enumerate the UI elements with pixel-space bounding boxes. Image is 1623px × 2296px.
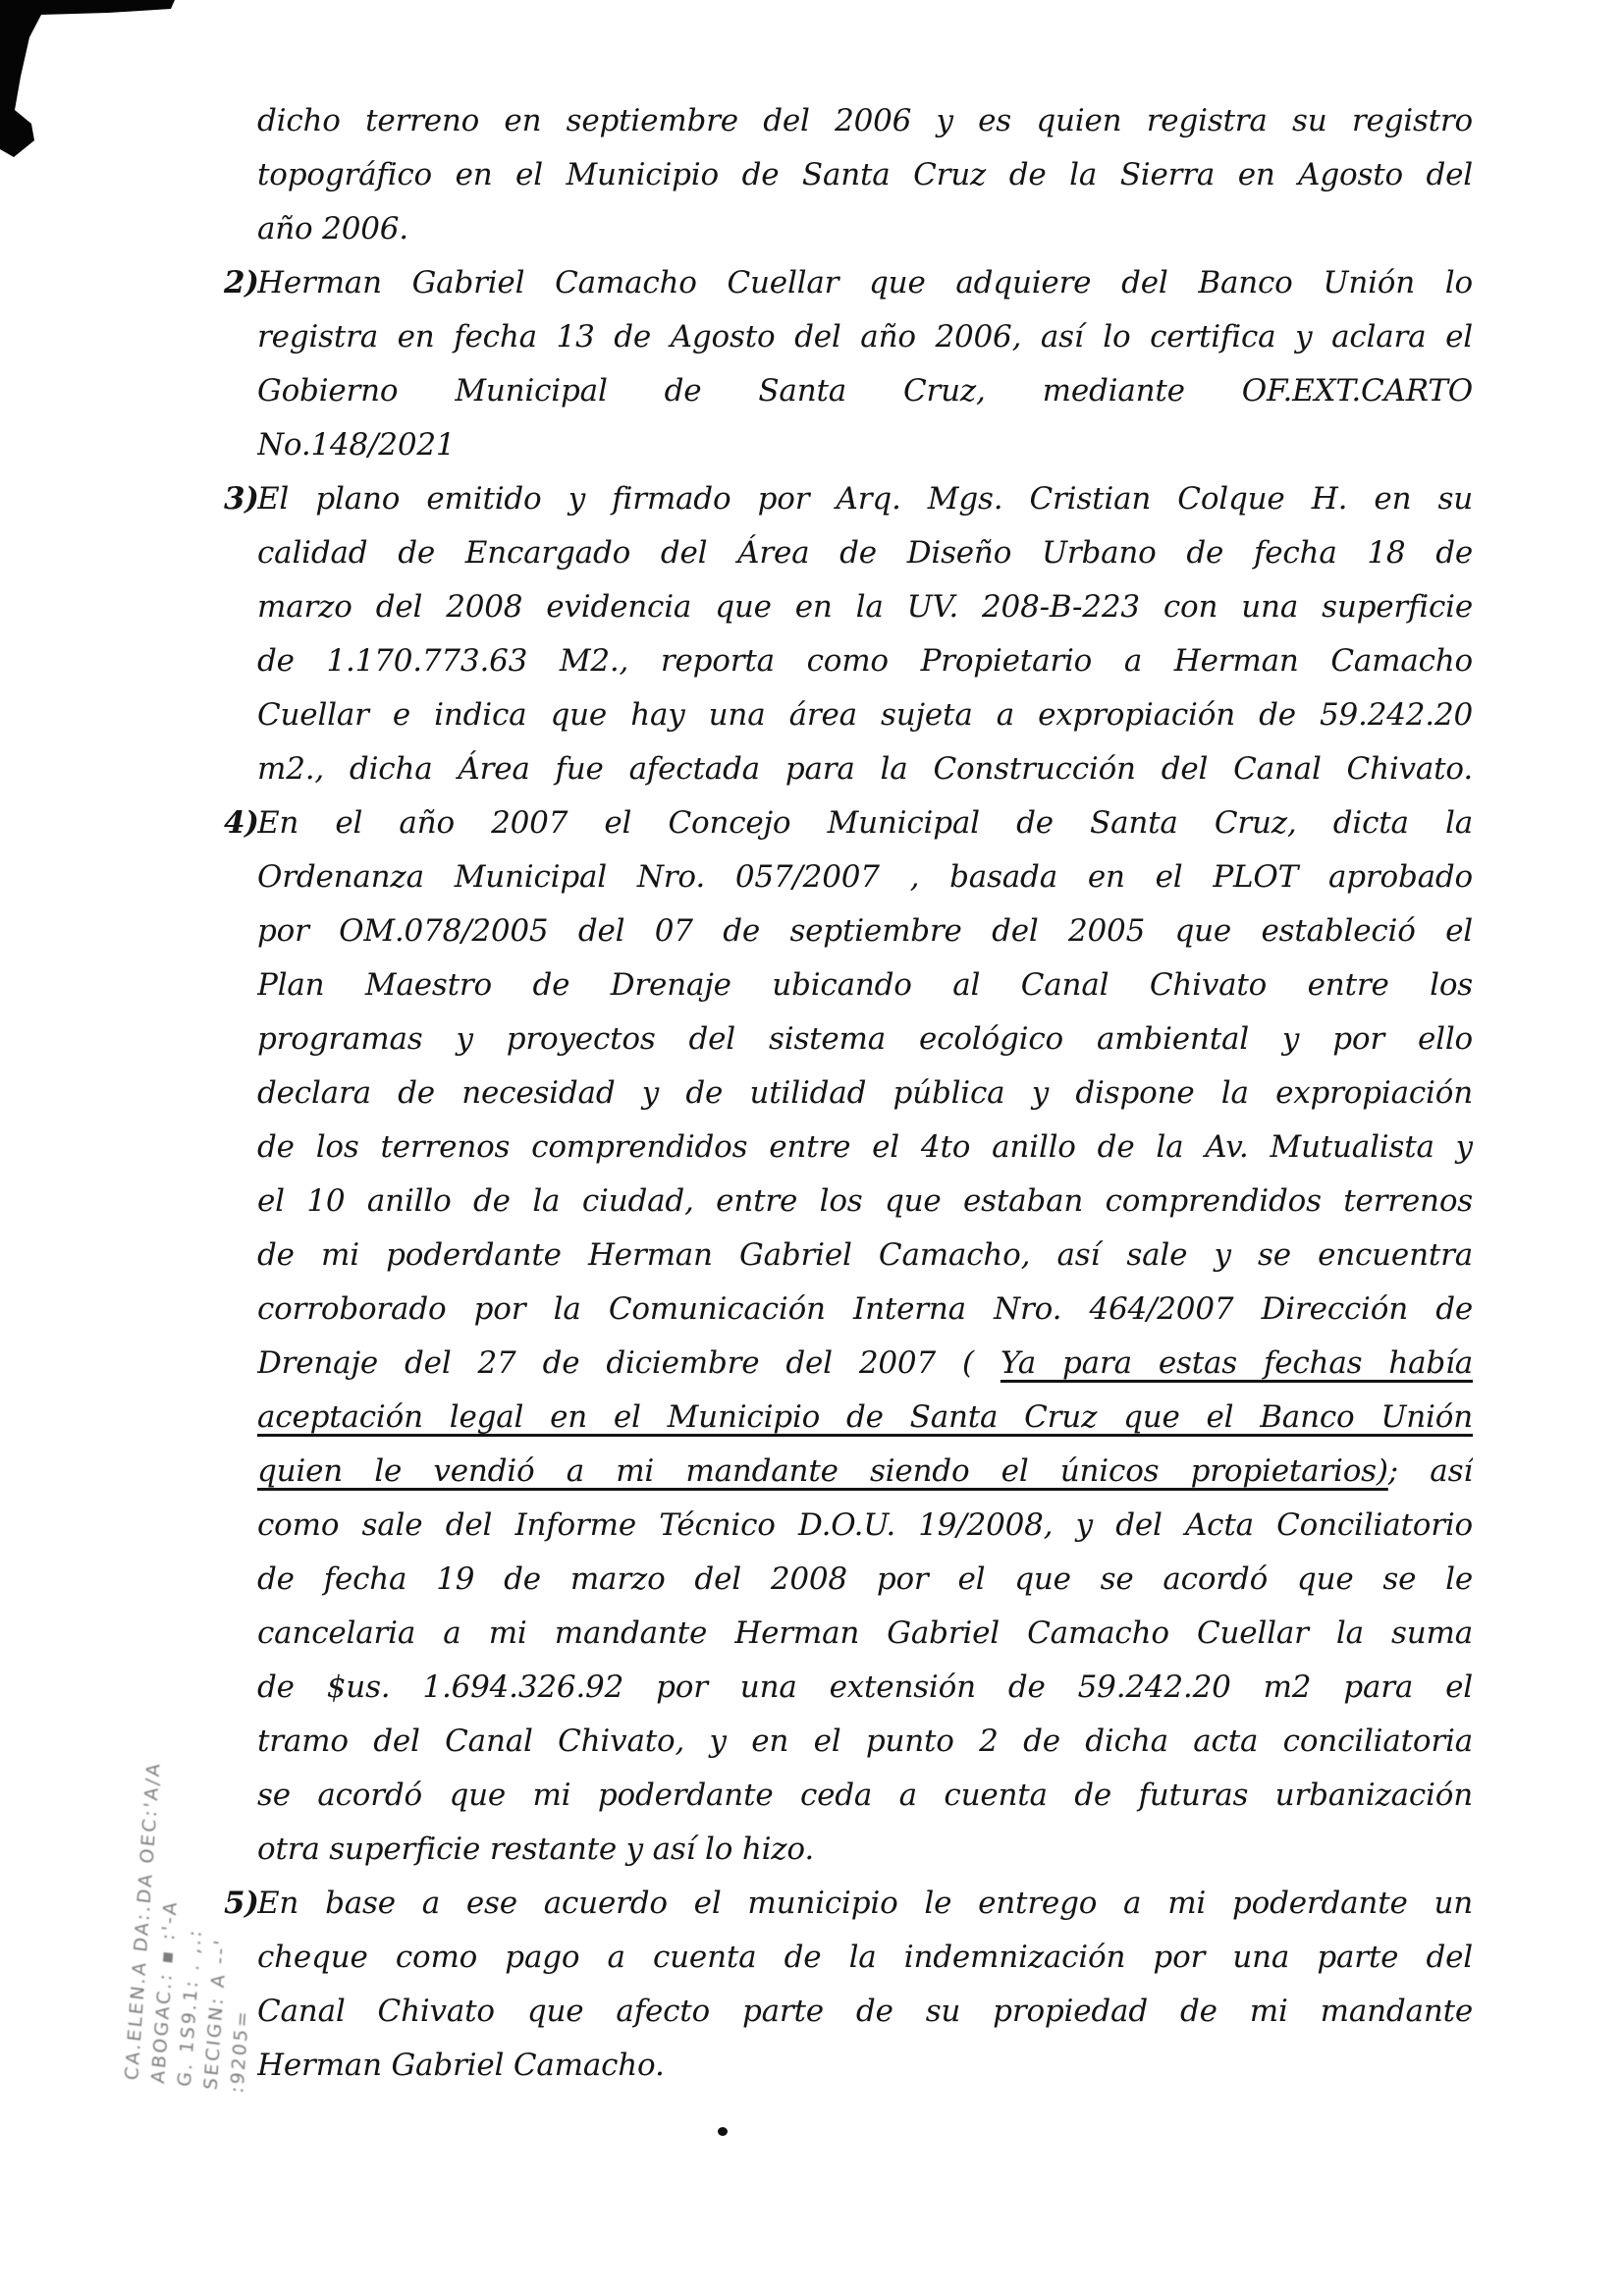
text-segment: Gobierno Municipal de Santa Cruz, median… [257,373,1473,409]
text-line: de $us. 1.694.326.92 por una extensión d… [257,1661,1473,1715]
text-segment: Canal Chivato que afecto parte de su pro… [257,1994,1473,2029]
list-number: 2) [224,256,257,310]
text-line: tramo del Canal Chivato, y en el punto 2… [257,1715,1473,1769]
text-line: de mi poderdante Herman Gabriel Camacho,… [257,1229,1473,1283]
text-line: de los terrenos comprendidos entre el 4t… [257,1121,1473,1175]
text-segment: declara de necesidad y de utilidad públi… [257,1075,1473,1111]
text-line: se acordó que mi poderdante ceda a cuent… [257,1769,1473,1823]
text-line: cheque como pago a cuenta de la indemniz… [257,1931,1473,1985]
text-segment: topográfico en el Municipio de Santa Cru… [257,157,1473,192]
stamp-line: G. 1S9.1: . ,.: [172,1766,221,2088]
text-line: El plano emitido y firmado por Arq. Mgs.… [257,472,1473,526]
text-line: por OM.078/2005 del 07 de septiembre del… [257,904,1473,958]
text-segment: por OM.078/2005 del 07 de septiembre del… [257,913,1473,949]
text-segment: dicho terreno en septiembre del 2006 y e… [257,103,1473,138]
paragraph-5: 5)En base a ese acuerdo el municipio le … [224,1877,1473,2093]
text-segment: año 2006. [257,211,408,246]
text-segment: Plan Maestro de Drenaje ubicando al Cana… [257,967,1473,1003]
document-body: dicho terreno en septiembre del 2006 y e… [224,94,1473,2093]
text-segment: otra superficie restante y así lo hizo. [257,1831,814,1867]
document-page: dicho terreno en septiembre del 2006 y e… [0,0,1623,2296]
paragraph-4: 4)En el año 2007 el Concejo Municipal de… [224,796,1473,1877]
text-line: En base a ese acuerdo el municipio le en… [257,1877,1473,1931]
text-segment: de 1.170.773.63 M2., reporta como Propie… [257,643,1473,679]
text-line: de 1.170.773.63 M2., reporta como Propie… [257,634,1473,688]
list-number: 3) [224,472,257,526]
text-line: No.148/2021 [257,418,1473,472]
scan-artifact-corner [0,0,187,167]
underlined-text: aceptación legal en el Municipio de Sant… [257,1399,1473,1435]
text-segment: registra en fecha 13 de Agosto del año 2… [257,319,1473,355]
text-line: declara de necesidad y de utilidad públi… [257,1066,1473,1121]
text-segment: En el año 2007 el Concejo Municipal de S… [257,805,1473,841]
text-segment: como sale del Informe Técnico D.O.U. 19/… [257,1507,1473,1543]
paragraph-lines: El plano emitido y firmado por Arq. Mgs.… [257,472,1473,796]
paragraph-continuation: dicho terreno en septiembre del 2006 y e… [224,94,1473,256]
paragraph-3: 3)El plano emitido y firmado por Arq. Mg… [224,472,1473,796]
text-line: m2., dicha Área fue afectada para la Con… [257,742,1473,796]
text-segment: de mi poderdante Herman Gabriel Camacho,… [257,1237,1473,1273]
stamp-line: ABOGAC.: ▪ :'-A [145,1763,194,2085]
text-line: como sale del Informe Técnico D.O.U. 19/… [257,1499,1473,1553]
paragraph-lines: dicho terreno en septiembre del 2006 y e… [257,94,1473,256]
text-line: dicho terreno en septiembre del 2006 y e… [257,94,1473,148]
text-segment: Herman Gabriel Camacho. [257,2048,665,2083]
text-segment: Ordenanza Municipal Nro. 057/2007 , basa… [257,859,1473,895]
text-line: corroborado por la Comunicación Interna … [257,1283,1473,1337]
text-line: Plan Maestro de Drenaje ubicando al Cana… [257,958,1473,1012]
scan-artifact-shape [0,0,187,167]
text-segment: programas y proyectos del sistema ecológ… [257,1021,1473,1057]
text-segment: m2., dicha Área fue afectada para la Con… [257,751,1473,787]
paragraph-lines: Herman Gabriel Camacho Cuellar que adqui… [257,256,1473,472]
text-segment: ; así [1388,1453,1473,1489]
text-segment: calidad de Encargado del Área de Diseño … [257,535,1473,571]
underlined-text: quien le vendió a mi mandante siendo el … [257,1453,1388,1489]
text-line: aceptación legal en el Municipio de Sant… [257,1391,1473,1445]
text-segment: corroborado por la Comunicación Interna … [257,1291,1473,1327]
text-segment: tramo del Canal Chivato, y en el punto 2… [257,1723,1473,1759]
text-segment: Herman Gabriel Camacho Cuellar que adqui… [257,265,1473,301]
underlined-text: Ya para estas fechas había [1001,1345,1473,1381]
text-line: de fecha 19 de marzo del 2008 por el que… [257,1553,1473,1607]
text-segment: Cuellar e indica que hay una área sujeta… [257,697,1473,733]
text-line: Herman Gabriel Camacho Cuellar que adqui… [257,256,1473,310]
text-line: Ordenanza Municipal Nro. 057/2007 , basa… [257,850,1473,904]
text-segment: se acordó que mi poderdante ceda a cuent… [257,1777,1473,1813]
text-segment: de los terrenos comprendidos entre el 4t… [257,1129,1473,1165]
text-line: el 10 anillo de la ciudad, entre los que… [257,1175,1473,1229]
text-segment: En base a ese acuerdo el municipio le en… [257,1886,1473,1921]
paragraph-lines: En el año 2007 el Concejo Municipal de S… [257,796,1473,1877]
text-line: Canal Chivato que afecto parte de su pro… [257,1985,1473,2039]
text-line: Herman Gabriel Camacho. [257,2039,1473,2093]
text-segment: marzo del 2008 evidencia que en la UV. 2… [257,589,1473,625]
stamp-line: CA.ELEN.A DA:.DA OEC:'A/A [120,1759,169,2081]
text-line: topográfico en el Municipio de Santa Cru… [257,148,1473,202]
text-line: cancelaria a mi mandante Herman Gabriel … [257,1607,1473,1661]
text-line: registra en fecha 13 de Agosto del año 2… [257,310,1473,364]
text-line: Gobierno Municipal de Santa Cruz, median… [257,364,1473,418]
text-segment: de $us. 1.694.326.92 por una extensión d… [257,1669,1473,1705]
paragraph-2: 2)Herman Gabriel Camacho Cuellar que adq… [224,256,1473,472]
list-number: 4) [224,796,257,850]
text-line: programas y proyectos del sistema ecológ… [257,1012,1473,1066]
text-segment: No.148/2021 [257,427,455,463]
text-segment: Drenaje del 27 de diciembre del 2007 ( [257,1345,1001,1381]
stray-ink-dot [718,2127,728,2136]
text-segment: cheque como pago a cuenta de la indemniz… [257,1940,1473,1975]
text-line: quien le vendió a mi mandante siendo el … [257,1445,1473,1499]
text-line: marzo del 2008 evidencia que en la UV. 2… [257,580,1473,634]
list-number: 5) [224,1877,257,1931]
text-segment: el 10 anillo de la ciudad, entre los que… [257,1183,1473,1219]
text-line: calidad de Encargado del Área de Diseño … [257,526,1473,580]
paragraph-lines: En base a ese acuerdo el municipio le en… [257,1877,1473,2093]
text-line: año 2006. [257,202,1473,256]
text-line: Drenaje del 27 de diciembre del 2007 ( Y… [257,1337,1473,1391]
text-line: otra superficie restante y así lo hizo. [257,1823,1473,1877]
text-segment: El plano emitido y firmado por Arq. Mgs.… [257,481,1473,517]
text-line: Cuellar e indica que hay una área sujeta… [257,688,1473,742]
text-line: En el año 2007 el Concejo Municipal de S… [257,796,1473,850]
text-segment: de fecha 19 de marzo del 2008 por el que… [257,1561,1473,1597]
text-segment: cancelaria a mi mandante Herman Gabriel … [257,1615,1473,1651]
